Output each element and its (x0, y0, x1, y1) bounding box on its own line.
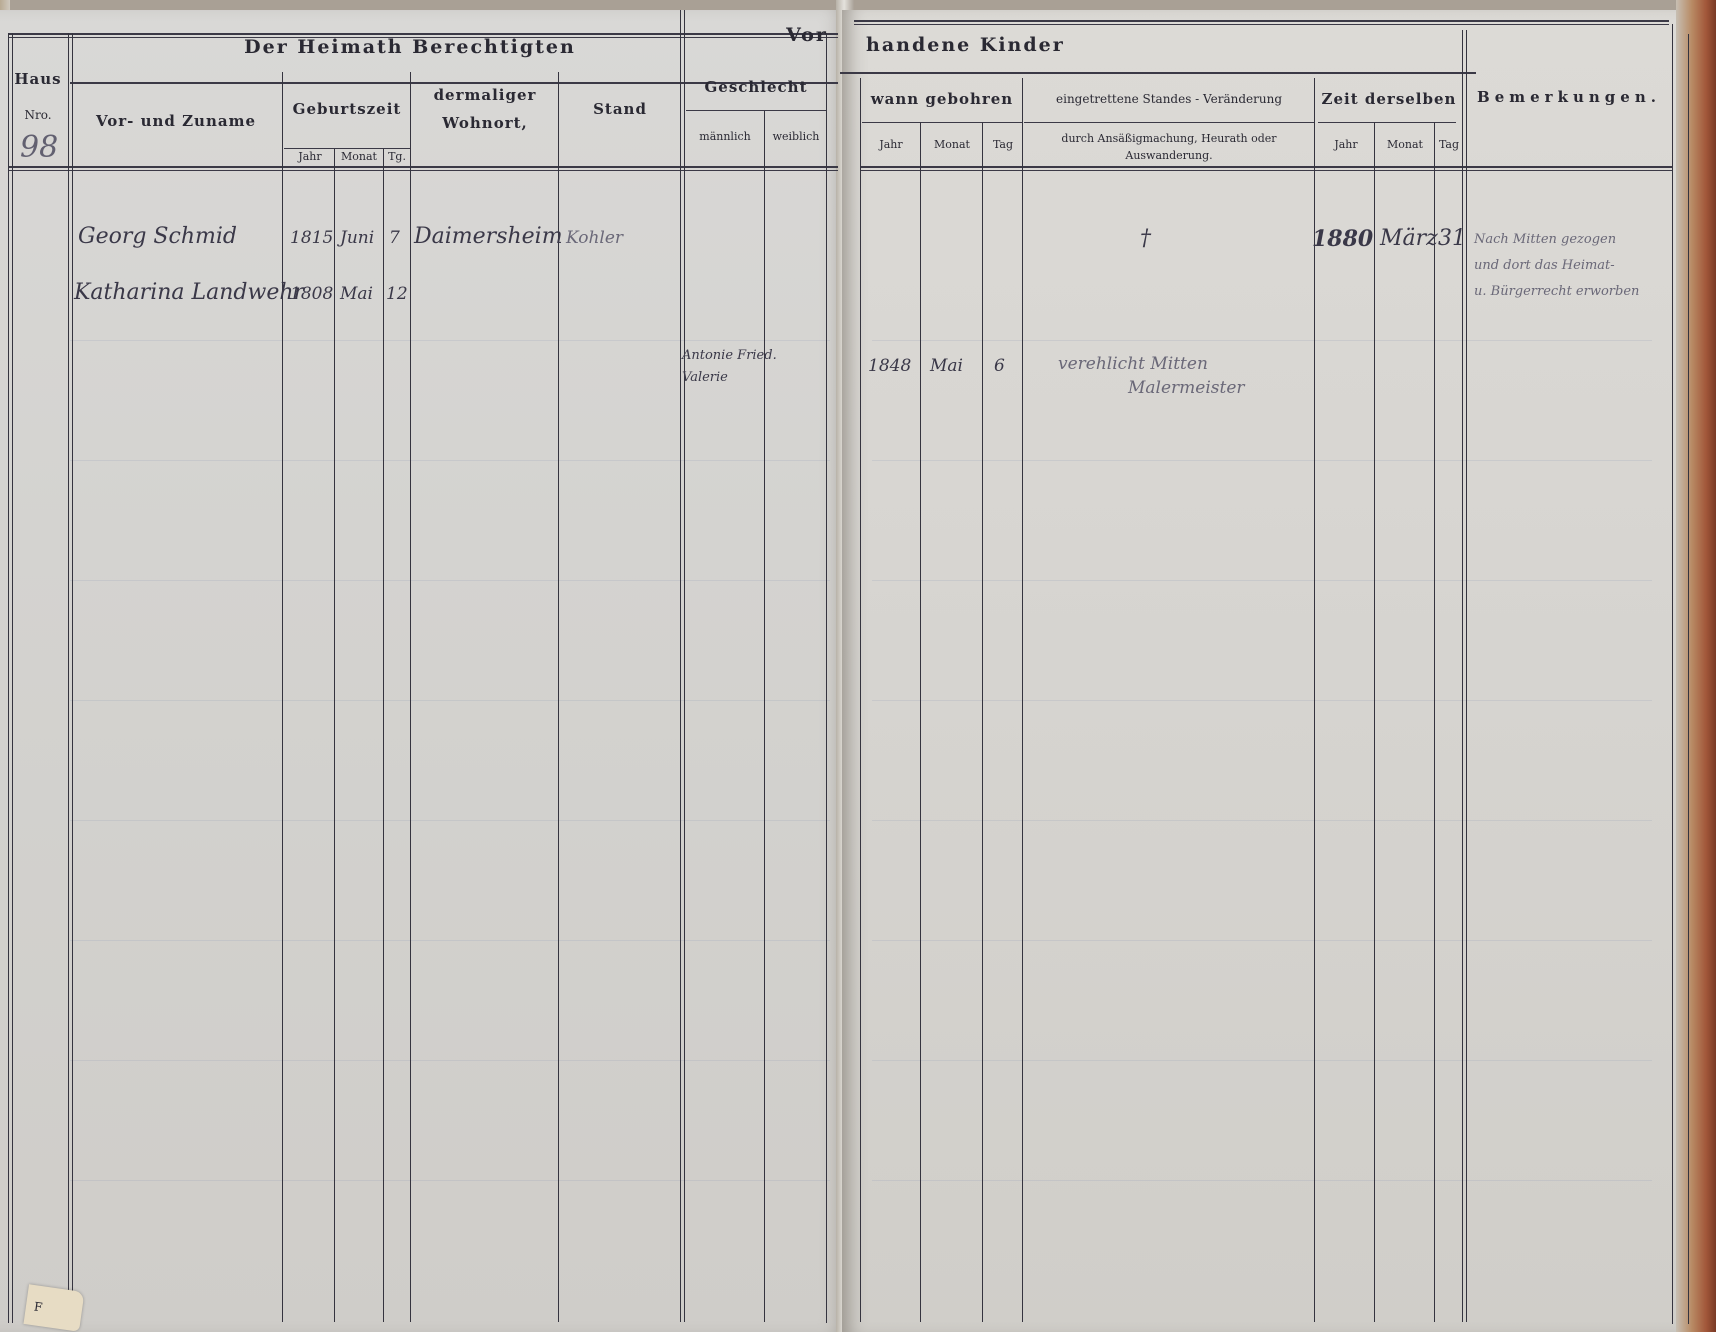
bemerkungen-col-left (1462, 30, 1467, 1322)
col-standes-sub-line1: durch Ansäßigmachung, Heurath oder (1024, 132, 1314, 145)
child-birth-month: Mai (930, 356, 963, 376)
house-number: 98 (20, 130, 58, 165)
geb-tag-divider (410, 72, 411, 1322)
left-page (0, 10, 848, 1332)
col-maennlich: männlich (686, 130, 764, 143)
col-geschlecht: Geschlecht (686, 78, 826, 96)
col-weiblich: weiblich (766, 130, 826, 143)
standes-col-right (1314, 78, 1315, 1322)
header-title-split-left: Vor (782, 24, 832, 46)
index-tab (23, 1284, 84, 1331)
haus-col-divider (68, 33, 73, 1323)
col-standes-veraenderung: eingetrettene Standes - Veränderung (1024, 92, 1314, 106)
entry-2-birth-year: 1808 (290, 284, 333, 304)
entry-1-name: Georg Schmid (78, 224, 237, 249)
zeit-sub-divider (1318, 122, 1456, 123)
child-change-line1: verehlicht Mitten (1058, 354, 1208, 374)
child-change-line2: Malermeister (1128, 378, 1245, 398)
entry-1-change-day: 31 (1438, 226, 1466, 251)
header-title-split-right: handene Kinder (866, 34, 1086, 56)
entry-2-birth-day: 12 (386, 284, 408, 304)
entry-2-birth-month: Mai (340, 284, 373, 304)
entry-1-change-month: März (1380, 226, 1438, 251)
col-name: Vor- und Zuname (72, 112, 280, 130)
entry-1-birth-day: 7 (389, 228, 400, 248)
col-zeit-derselben: Zeit derselben (1318, 90, 1460, 108)
col-zeit-tag: Tag (1436, 138, 1462, 151)
zeit-monat-divider (1434, 122, 1435, 1322)
header-title-left: Der Heimath Berechtigten (180, 36, 640, 58)
entry-1-change-mark: † (1140, 226, 1151, 251)
wann-jahr-divider (920, 122, 921, 1322)
stand-col-divider (680, 10, 685, 1322)
entry-1-residence: Daimersheim (414, 224, 563, 249)
left-page-right-border (826, 33, 827, 1323)
entry-1-remarks-line3: u. Bürgerrecht erworben (1474, 284, 1639, 299)
nro-label: Nro. (10, 108, 66, 122)
col-wann-jahr: Jahr (862, 138, 920, 151)
entry-1-remarks-line2: und dort das Heimat- (1474, 258, 1615, 273)
col-zeit-jahr: Jahr (1318, 138, 1374, 151)
right-outer-border-2 (1688, 34, 1689, 1324)
col-wann-monat: Monat (922, 138, 982, 151)
child-name-line1: Antonie Fried. (682, 348, 777, 363)
wann-col-right (1022, 78, 1023, 1322)
right-table-top-border (854, 20, 1669, 25)
col-geb-tag: Tg. (385, 150, 409, 163)
geschlecht-sub-divider (686, 110, 826, 111)
col-bemerkungen: Bemerkungen. (1466, 88, 1672, 106)
child-birth-day: 6 (994, 356, 1005, 376)
col-geb-jahr: Jahr (286, 150, 334, 163)
zeit-jahr-divider (1374, 122, 1375, 1322)
book-edge-right (1676, 0, 1716, 1332)
geb-jahr-divider (334, 148, 335, 1322)
geb-monat-divider (383, 148, 384, 1322)
name-col-divider (282, 72, 283, 1322)
haus-label: Haus (10, 70, 66, 88)
geburtszeit-sub-divider (284, 148, 410, 149)
col-geb-monat: Monat (336, 150, 382, 163)
right-page (842, 10, 1678, 1332)
right-outer-border (1672, 24, 1673, 1324)
entry-1-stand: Kohler (566, 228, 623, 248)
right-header-divider (840, 72, 1476, 74)
col-wann-tag: Tag (984, 138, 1022, 151)
child-name-line2: Valerie (682, 370, 728, 385)
wann-sub-divider (862, 122, 1022, 123)
col-stand: Stand (560, 100, 680, 118)
col-wann-gebohren: wann gebohren (862, 90, 1022, 108)
wann-col-left (860, 78, 861, 1322)
wohnort-col-divider (558, 72, 559, 1322)
col-standes-sub-line2: Auswanderung. (1024, 149, 1314, 162)
col-wohnort-line1: dermaliger (412, 86, 558, 104)
outer-border-left (8, 33, 13, 1323)
entry-1-birth-month: Juni (340, 228, 374, 248)
child-birth-year: 1848 (868, 356, 911, 376)
col-zeit-monat: Monat (1376, 138, 1434, 151)
standes-sub-divider (1024, 122, 1314, 123)
col-geburtszeit: Geburtszeit (284, 100, 410, 118)
col-wohnort-line2: Wohnort, (412, 114, 558, 132)
geschlecht-divider (764, 110, 765, 1322)
entry-1-remarks-line1: Nach Mitten gezogen (1474, 232, 1616, 247)
entry-1-change-year: 1880 (1312, 226, 1373, 252)
wann-monat-divider (982, 122, 983, 1322)
entry-2-name: Katharina Landwehr (74, 280, 304, 305)
header-bottom-border (8, 166, 838, 171)
entry-1-birth-year: 1815 (290, 228, 333, 248)
